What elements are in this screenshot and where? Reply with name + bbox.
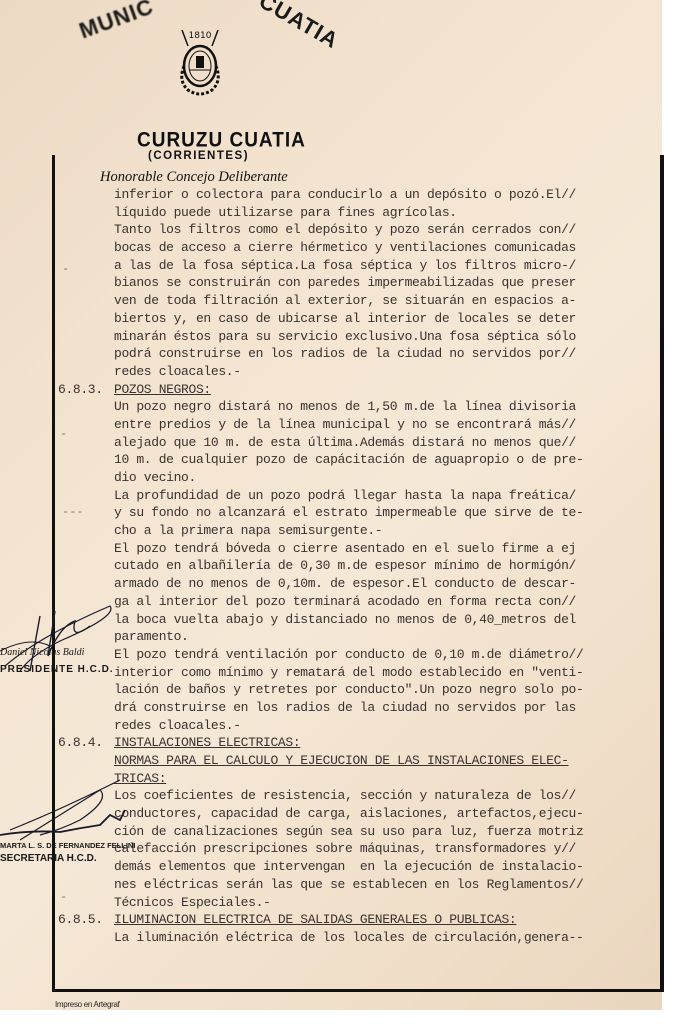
section-number: 6.8.3.: [58, 381, 114, 399]
section-subheading: TRICAS:: [58, 770, 658, 788]
body-line: El pozo tendrá bóveda o cierre asentado …: [58, 540, 658, 558]
section-heading: 6.8.3.POZOS NEGROS:: [58, 381, 658, 399]
body-line: paramento.: [58, 628, 658, 646]
body-line: Los coeficientes de resistencia, sección…: [58, 787, 658, 805]
body-line: dio vecino.: [58, 469, 658, 487]
body-line: La iluminación eléctrica de los locales …: [58, 929, 658, 947]
body-line: cutado en albañilería de 0,30 m.de espes…: [58, 557, 658, 575]
body-line: a las de la fosa séptica.La fosa séptica…: [58, 257, 658, 275]
printer-credit: Impreso en Artegraf: [55, 1000, 120, 1009]
body-line: biertos y, en caso de ubicarse al interi…: [58, 310, 658, 328]
body-line: calefacción prescripciones sobre máquina…: [58, 840, 658, 858]
body-line: ga al interior del pozo terminará acodad…: [58, 593, 658, 611]
signature-title-secretary: SECRETARIA H.C.D.: [0, 853, 97, 864]
section-subheading: NORMAS PARA EL CALCULO Y EJECUCION DE LA…: [58, 752, 658, 770]
section-heading: 6.8.5.ILUMINACION ELECTRICA DE SALIDAS G…: [58, 911, 658, 929]
body-line: bianos se construirán con paredes imperm…: [58, 274, 658, 292]
body-line: demás elementos que intervengan en la ej…: [58, 858, 658, 876]
body-line: El pozo tendrá ventilación por conducto …: [58, 646, 658, 664]
body-line: ven de toda filtración al exterior, se s…: [58, 292, 658, 310]
body-line: la boca vuelta abajo y distanciado no me…: [58, 611, 658, 629]
body-line: conductores, capacidad de carga, aislaci…: [58, 805, 658, 823]
body-line: inferior o colectora para conducirlo a u…: [58, 186, 658, 204]
body-line: La profundidad de un pozo podrá llegar h…: [58, 487, 658, 505]
body-line: redes cloacales.-: [58, 363, 658, 381]
signature-title-president: PRESIDENTE H.C.D.: [0, 664, 114, 675]
coat-of-arms-icon: 1810: [172, 26, 228, 98]
section-number: 6.8.5.: [58, 911, 114, 929]
body-line: minarán éstos para su servicio exclusivo…: [58, 328, 658, 346]
section-number: 6.8.4.: [58, 734, 114, 752]
body-line: Tanto los filtros como el depósito y poz…: [58, 221, 658, 239]
body-line: drá construirse en los radios de la ciud…: [58, 699, 658, 717]
margin-mark: -: [60, 890, 67, 904]
subheading-text: NORMAS PARA EL CALCULO Y EJECUCION DE LA…: [114, 753, 569, 768]
body-line: Un pozo negro distará no menos de 1,50 m…: [58, 398, 658, 416]
section-title: ILUMINACION ELECTRICA DE SALIDAS GENERAL…: [114, 912, 516, 927]
body-line: bocas de acceso a cierre hérmetico y ven…: [58, 239, 658, 257]
body-line: podrá construirse en los radios de la ci…: [58, 345, 658, 363]
body-line: interior como mínimo y rematará del modo…: [58, 664, 658, 682]
signature-name-president: Daniel Nicolas Baldi: [0, 647, 84, 658]
margin-mark: ---: [62, 505, 84, 519]
body-line: cho a la primera napa semisurgente.-: [58, 522, 658, 540]
body-line: lación de baños y retretes por conducto"…: [58, 681, 658, 699]
section-title: POZOS NEGROS:: [114, 382, 211, 397]
document-body: inferior o colectora para conducirlo a u…: [58, 186, 658, 947]
body-line: y su fondo no alcanzará el estrato imper…: [58, 504, 658, 522]
crest-year: 1810: [189, 31, 212, 41]
section-heading: 6.8.4.INSTALACIONES ELECTRICAS:: [58, 734, 658, 752]
body-line: alejado que 10 m. de esta última.Además …: [58, 434, 658, 452]
margin-mark: -: [62, 262, 69, 276]
body-line: armado de no menos de 0,10m. de espesor.…: [58, 575, 658, 593]
margin-mark: -: [60, 427, 67, 441]
section-title: INSTALACIONES ELECTRICAS:: [114, 735, 300, 750]
body-line: líquido puede utilizarse para fines agrí…: [58, 204, 658, 222]
body-line: nes eléctricas serán las que se establec…: [58, 876, 658, 894]
body-line: entre predios y de la línea municipal y …: [58, 416, 658, 434]
body-line: redes cloacales.-: [58, 717, 658, 735]
signature-name-secretary: MARTA L. S. DE FERNANDEZ FELLINI: [0, 841, 135, 850]
body-line: ción de canalizaciones según sea su uso …: [58, 823, 658, 841]
body-line: 10 m. de cualquier pozo de capácitación …: [58, 451, 658, 469]
body-line: Técnicos Especiales.-: [58, 894, 658, 912]
